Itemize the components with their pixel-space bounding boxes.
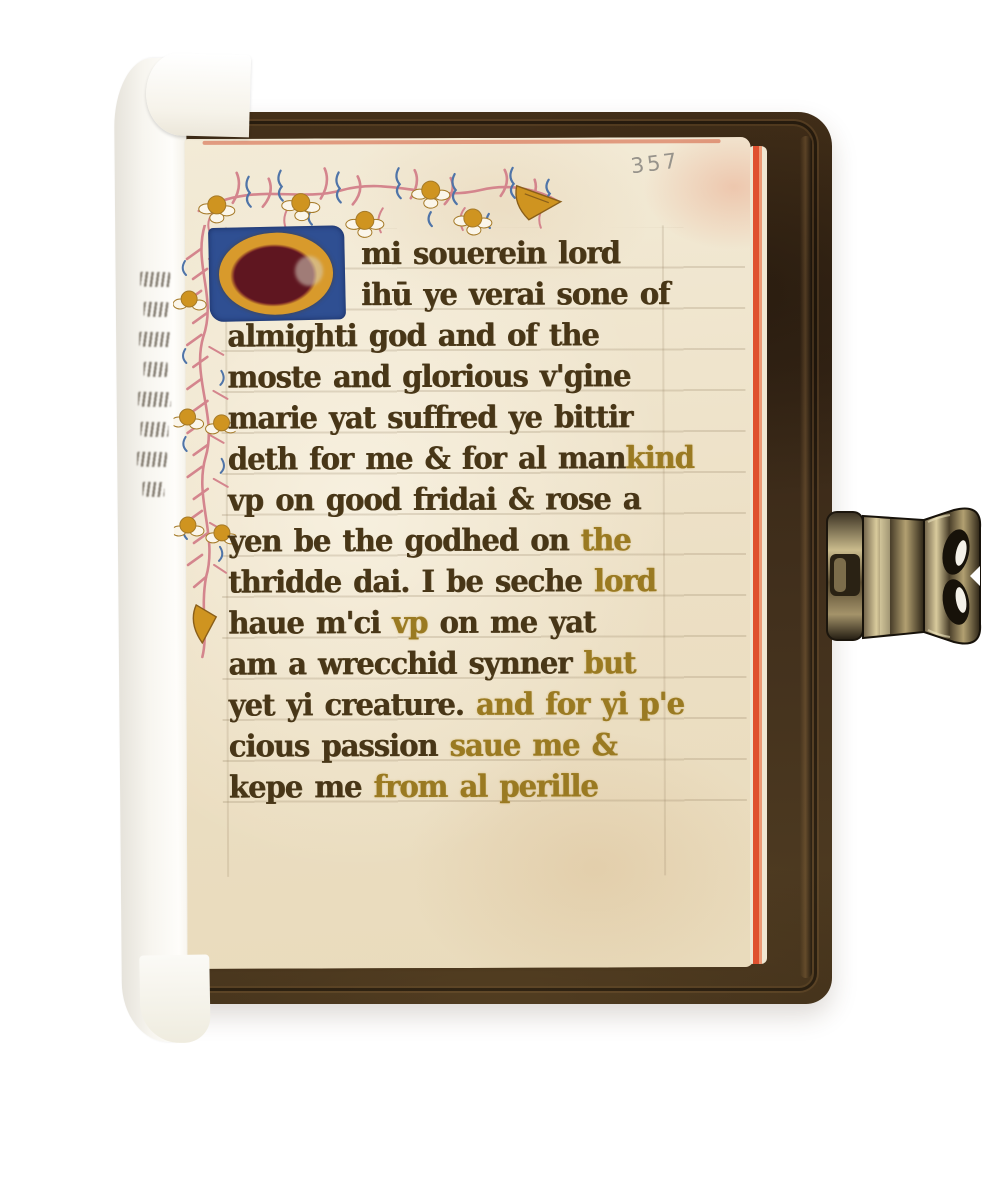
manuscript-text-line: yet yi creature. and for yi p'e [228, 682, 710, 727]
manuscript-text-line: mi souerein lord [361, 231, 709, 276]
gold-ink-text: the [581, 522, 631, 558]
brown-ink-text: am a wrecchid synner [228, 645, 583, 682]
brown-ink-text: deth for me & for al man [228, 440, 626, 477]
show-through-text [136, 272, 187, 533]
gold-ink-text: from al perille [373, 768, 597, 805]
gold-ink-text: lord [594, 563, 656, 599]
manuscript-text-line: marie yat suffred ye bittir [227, 395, 709, 440]
facing-page-top-curl [145, 53, 251, 138]
brown-ink-text: yen be the godhed on [228, 522, 581, 559]
brown-ink-text: kepe me [229, 769, 374, 806]
brown-ink-text: on me yat [427, 604, 595, 641]
photo-stage: 357 [0, 0, 985, 1188]
gold-ink-text: and for yi p'e [476, 685, 684, 722]
manuscript-text-line: haue m'ci vp on me yat [228, 600, 710, 645]
folio-number: 357 [629, 148, 681, 178]
manuscript-text-line: ihū ye verai sone of [361, 272, 709, 317]
gold-ink-text: vp [392, 604, 427, 640]
manuscript-text-line: cious passion saue me & [229, 723, 711, 768]
manuscript-page: 357 [185, 137, 754, 969]
facing-page-bottom-curl [139, 954, 211, 1043]
brown-ink-text: marie yat suffred ye bittir [227, 399, 632, 436]
manuscript-text-line: deth for me & for al mankind [228, 436, 710, 481]
brown-ink-text: yet yi creature. [228, 686, 475, 723]
brown-ink-text: mi souerein lord [361, 235, 620, 272]
clasp-plate [863, 516, 924, 638]
gold-ink-text: kind [625, 439, 694, 475]
red-stained-fore-edge [750, 146, 767, 964]
manuscript-text-line: kepe me from al perille [229, 764, 711, 809]
gold-ink-text: but [583, 645, 635, 681]
manuscript-text-line: am a wrecchid synner but [228, 641, 710, 686]
brown-ink-text: moste and glorious v'gine [227, 358, 630, 395]
manuscript-text-line: moste and glorious v'gine [227, 354, 709, 399]
book-clasp [824, 506, 984, 646]
brown-ink-text: ihū ye verai sone of [361, 275, 669, 312]
brown-ink-text: cious passion [229, 727, 450, 764]
brown-ink-text: almighti god and of the [227, 317, 599, 354]
gold-ink-text: saue me & [449, 727, 616, 764]
manuscript-text-line: thridde dai. I be seche lord [228, 559, 710, 604]
illuminated-initial: O [208, 225, 346, 322]
brown-ink-text: vp on good fridai & rose a [228, 481, 641, 518]
brown-ink-text: haue m'ci [228, 604, 392, 641]
brown-ink-text: thridde dai. I be seche [228, 563, 594, 600]
manuscript-text-line: vp on good fridai & rose a [228, 477, 710, 522]
manuscript-text-line: yen be the godhed on the [228, 518, 710, 563]
